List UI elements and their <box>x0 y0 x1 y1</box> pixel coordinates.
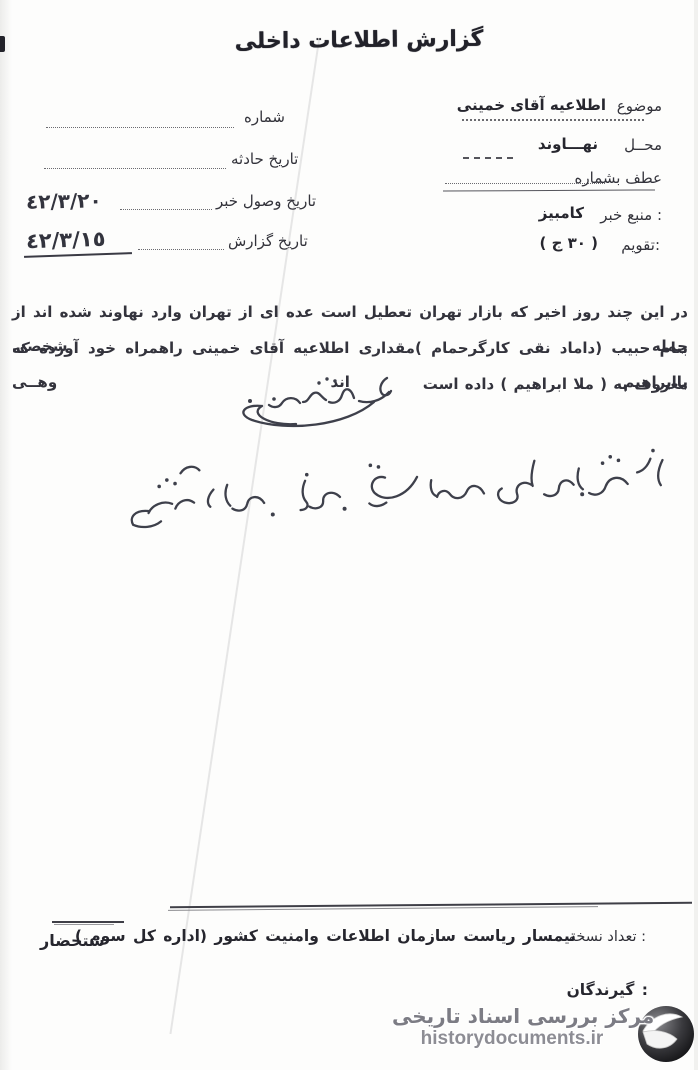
copies-label: تعداد نسخه : <box>569 929 646 945</box>
number-leader-line <box>46 126 234 128</box>
number-label: شماره <box>244 108 285 126</box>
footer-rule-short-echo <box>54 924 114 925</box>
subject-value: اطلاعیه آقای خمینی <box>457 96 606 114</box>
location-leader-line <box>463 156 513 159</box>
location-label: محــل <box>624 136 662 154</box>
subject-leader-line <box>462 118 644 121</box>
incident-date-leader-line <box>44 167 226 169</box>
subject-label: موضوع <box>617 97 662 115</box>
reference-write-line <box>443 189 655 191</box>
footer-rule-short <box>52 921 124 923</box>
news-received-date-label: تاریخ وصول خبر <box>216 192 316 210</box>
news-source-value: کامبیز <box>539 204 584 222</box>
watermark-name: مرکز بررسی اسناد تاریخی <box>392 1004 632 1028</box>
archive-watermark: مرکز بررسی اسناد تاریخی historydocuments… <box>390 1002 698 1068</box>
report-date-value: ٤٢/٣/١٥ <box>26 227 106 253</box>
body-line-1: در این چند روز اخیر که بازار تهران تعطیل… <box>12 295 688 331</box>
reference-leader-line <box>445 182 605 184</box>
evaluation-label: تقویم: <box>621 236 660 254</box>
reference-number-label: عطف بشماره <box>575 169 662 187</box>
scanned-document-page: گزارش اطلاعات داخلی موضوع اطلاعیه آقای خ… <box>0 0 698 1070</box>
news-received-leader-line <box>120 208 212 210</box>
margin-note: ستحضار <box>40 931 105 950</box>
report-date-label: تاریخ گزارش <box>228 232 308 250</box>
handwritten-annotation <box>110 431 684 561</box>
location-value: نهـــاوند <box>538 135 598 153</box>
watermark-url: historydocuments.ir <box>392 1028 632 1050</box>
incident-date-label: تاریخ حادثه <box>231 150 298 168</box>
news-received-date-value: ٤٢/٣/٢٠ <box>26 188 102 214</box>
page-title: گزارش اطلاعات داخلی <box>233 27 485 55</box>
scan-edge-right <box>694 0 698 1070</box>
watermark-text: مرکز بررسی اسناد تاریخی historydocuments… <box>392 1004 632 1050</box>
scan-edge-mark <box>0 36 5 52</box>
scan-edge-left <box>0 0 12 1070</box>
report-date-leader-line <box>138 248 224 250</box>
evaluation-value: ( ٣٠ ج ) <box>539 234 598 252</box>
recipients-label: گیرندگان : <box>567 981 648 999</box>
copies-recipient-value: تیمسار ریاست سازمان اطلاعات وامنیت کشور … <box>75 927 576 945</box>
report-date-underline <box>24 252 132 258</box>
body-line-2: بنام حبیب (داماد نقی کارگرحمام )مقداری ا… <box>12 331 688 367</box>
news-source-label: منبع خبر : <box>600 206 662 224</box>
handwritten-signature <box>178 366 400 436</box>
